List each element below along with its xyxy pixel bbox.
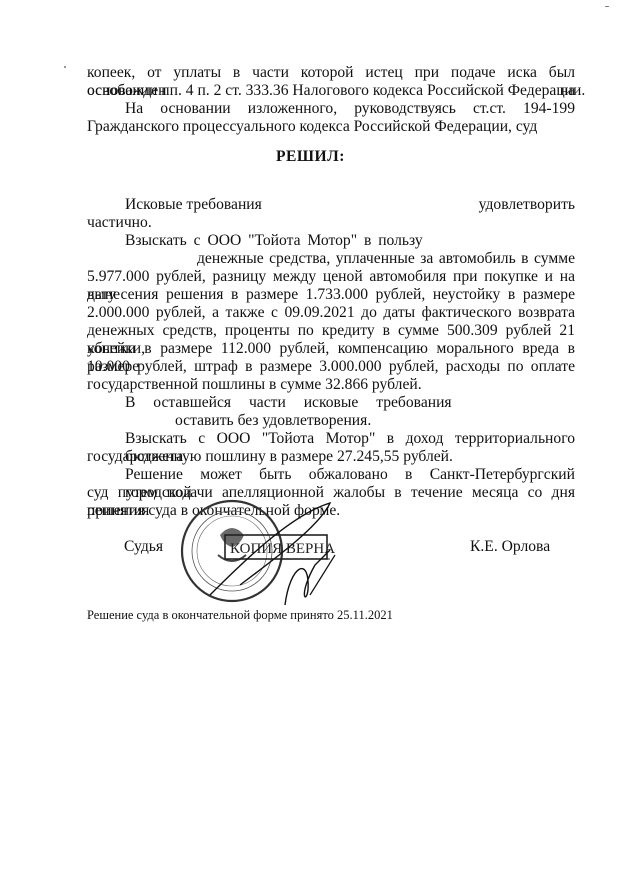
claims-right-text: удовлетворить — [479, 196, 575, 214]
paragraph-line: 2.000.000 рублей, а также с 09.09.2021 д… — [87, 304, 575, 322]
paragraph-line: Взыскать с ООО "Тойота Мотор" в пользу — [87, 232, 613, 250]
paragraph-line: В оставшейся части исковые требования — [87, 394, 613, 412]
paragraph-line: вынесения решения в размере 1.733.000 ру… — [87, 286, 575, 304]
decision-heading: РЕШИЛ: — [0, 148, 621, 166]
stamp-text: КОПИЯ ВЕРНА — [230, 541, 335, 557]
paragraph-line: государственной пошлины в сумме 32.866 р… — [87, 376, 575, 394]
judge-name: К.Е. Орлова — [470, 538, 550, 556]
scan-speck — [64, 66, 66, 68]
final-form-date-note: Решение суда в окончательной форме приня… — [87, 608, 393, 622]
claims-left-text: Исковые требования — [87, 196, 262, 214]
paragraph-line: частично. — [87, 214, 575, 232]
claims-line: Исковые требования удовлетворить — [87, 196, 575, 214]
paragraph-line: денежные средства, уплаченные за автомоб… — [87, 250, 575, 268]
paragraph-line: 10.000 рублей, штраф в размере 3.000.000… — [87, 358, 575, 376]
paragraph-line: государственную пошлину в размере 27.245… — [87, 448, 575, 466]
document-page: копеек, от уплаты в части которой истец … — [0, 0, 621, 879]
judge-label: Судья — [124, 538, 163, 556]
court-seal-stamp-icon: КОПИЯ ВЕРНА — [180, 495, 340, 607]
paragraph-line: На основании изложенного, руководствуясь… — [87, 100, 575, 118]
paragraph-line: Гражданского процессуального кодекса Рос… — [87, 118, 575, 136]
paragraph-line: оставить без удовлетворения. — [87, 412, 621, 430]
scan-speck — [605, 6, 609, 7]
paragraph-line: основании пп. 4 п. 2 ст. 333.36 Налогово… — [87, 82, 575, 100]
